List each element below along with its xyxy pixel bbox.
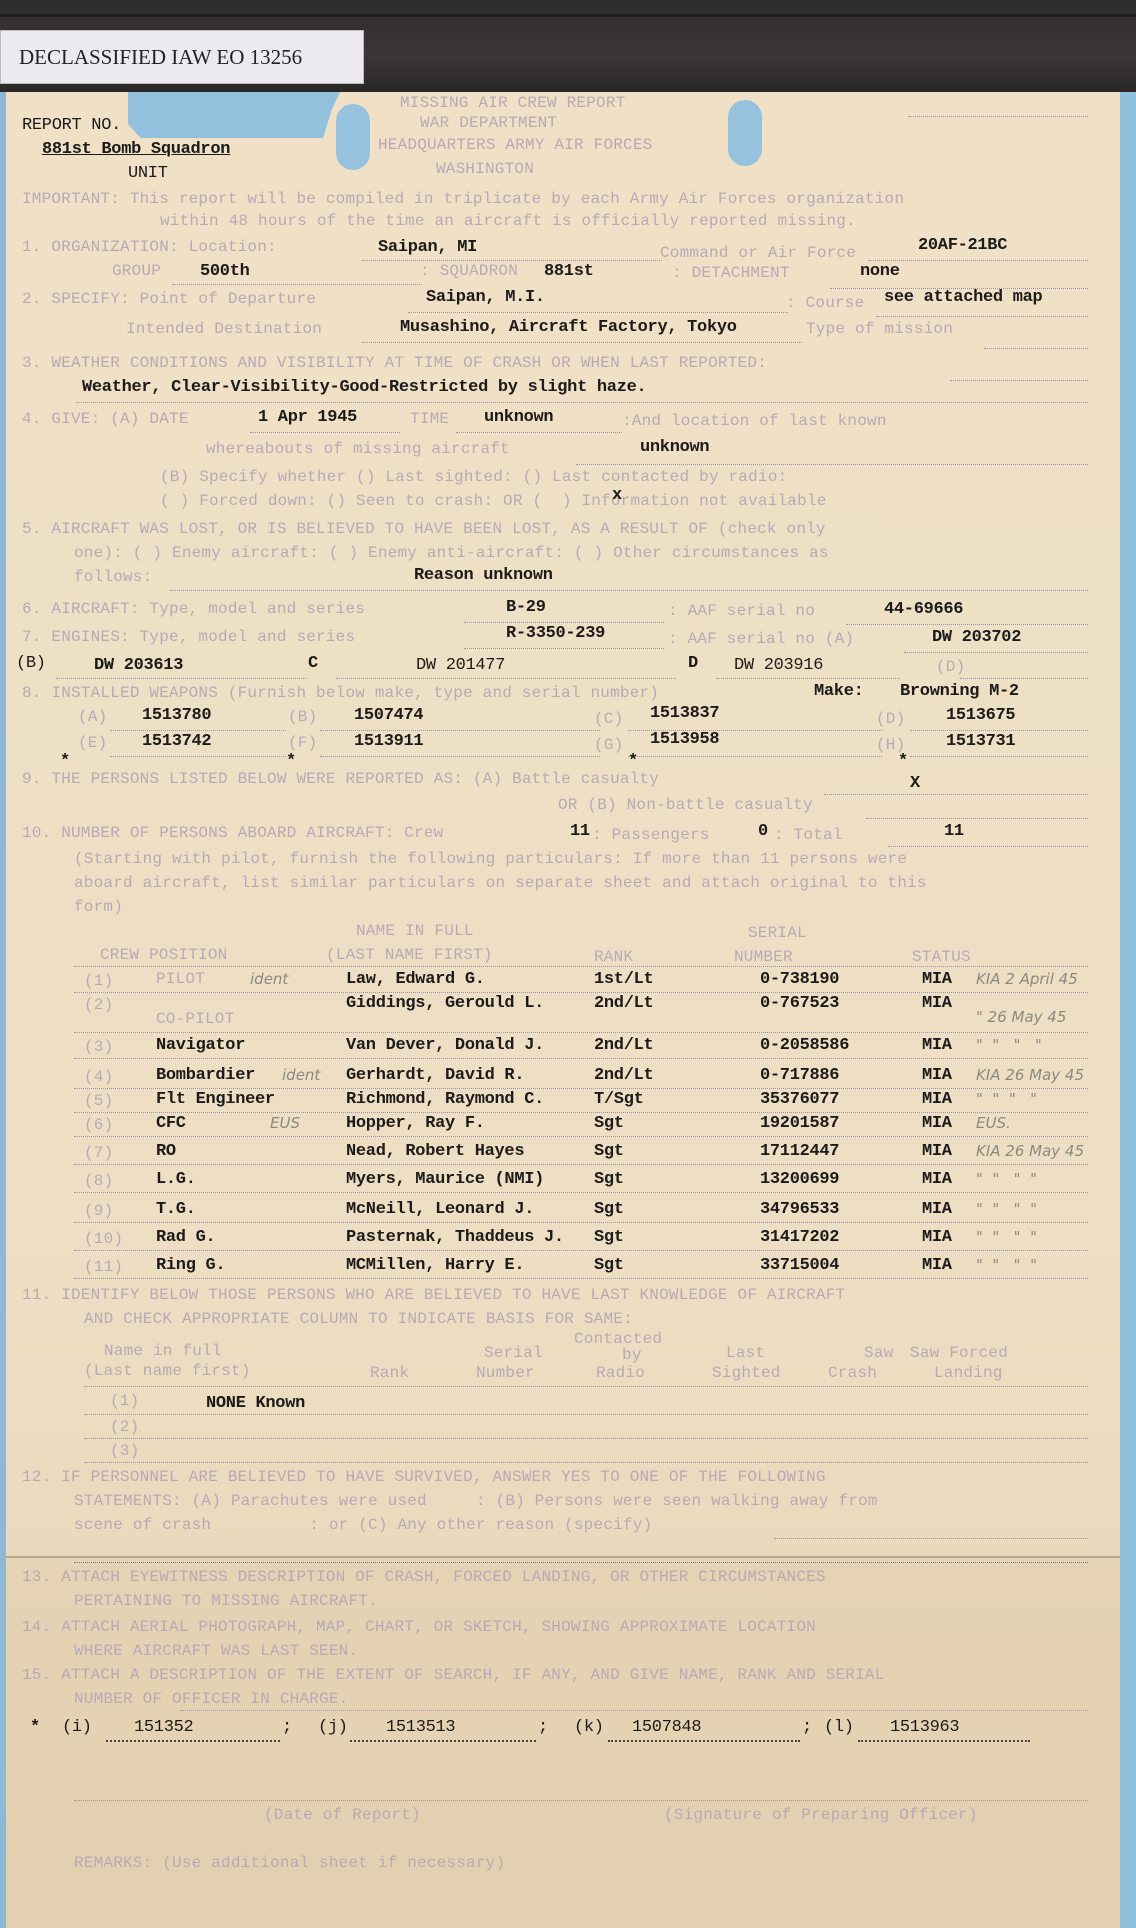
crew-name: MCMillen, Harry E. [346, 1256, 524, 1275]
crew-status: MIA [922, 1170, 952, 1189]
survived-line-2: STATEMENTS: (A) Parachutes were used : (… [74, 1492, 878, 1510]
asterisk-mark: * [286, 752, 296, 771]
crew-status: MIA [922, 970, 952, 989]
k-header-saw: Saw [864, 1344, 893, 1362]
extra-weapon-serial-l: 1513963 [890, 1718, 959, 1737]
rule [908, 116, 1088, 117]
form-title: MISSING AIR CREW REPORT [400, 94, 625, 112]
weather-line-1 [950, 380, 1088, 381]
handwritten-note: ident [282, 1066, 320, 1084]
departure-label: 2. SPECIFY: Point of Departure [22, 290, 316, 308]
row-rule [74, 1192, 1088, 1193]
asterisk-mark: * [628, 752, 638, 771]
weapon-line [628, 756, 882, 757]
handwritten-annotation: " " " " [976, 1228, 1037, 1246]
info-not-available-mark: x [612, 486, 622, 505]
location-line [362, 260, 662, 261]
asterisk-mark: * [898, 752, 908, 771]
remarks-label: REMARKS: (Use additional sheet if necess… [74, 1854, 505, 1872]
weapon-serial-b: 1507474 [354, 706, 423, 725]
k-row-number: (1) [110, 1392, 139, 1410]
aircraft-serial-label: : AAF serial no [668, 602, 815, 620]
signature-line [74, 1800, 1088, 1801]
lost-reason-value: Reason unknown [414, 566, 553, 585]
row-rule [74, 1278, 1088, 1279]
crew-name: Pasternak, Thaddeus J. [346, 1228, 564, 1247]
handwritten-annotation: " " " " [976, 1170, 1037, 1188]
handwritten-annotation: KIA 26 May 45 [976, 1142, 1084, 1160]
section-rule [74, 1562, 1088, 1563]
attach-13a: 13. ATTACH EYEWITNESS DESCRIPTION OF CRA… [22, 1568, 826, 1586]
engine-b-label: (B) [16, 654, 46, 673]
handwritten-annotation: " " " " [976, 1256, 1037, 1274]
weapon-line [110, 756, 286, 757]
survived-line-3: scene of crash : or (C) Any other reason… [74, 1516, 652, 1534]
crew-position: Bombardier [156, 1066, 255, 1085]
course-label: : Course [786, 294, 864, 312]
weapon-line [910, 756, 1088, 757]
washington: WASHINGTON [436, 160, 534, 178]
destination-value: Musashino, Aircraft Factory, Tokyo [400, 318, 737, 337]
weapon-serial-h: 1513731 [946, 732, 1015, 751]
signature-label: (Signature of Preparing Officer) [664, 1806, 978, 1824]
crew-serial: 35376077 [760, 1090, 839, 1109]
crew-rank: Sgt [594, 1256, 624, 1275]
k-rule [84, 1386, 1088, 1387]
row-rule [74, 1250, 1088, 1251]
torn-paper-patch [128, 92, 340, 138]
crew-status: MIA [922, 994, 952, 1013]
engine-serial-d: DW 203916 [734, 656, 823, 675]
extra-weapon-serial-k: 1507848 [632, 1718, 701, 1737]
row-number: (11) [84, 1258, 123, 1276]
extra-weapon-line [858, 1740, 1030, 1742]
weapon-f-label: (F) [288, 734, 317, 752]
crew-serial: 33715004 [760, 1256, 839, 1275]
handwritten-annotation: " " " " [976, 1090, 1037, 1108]
crew-position: PILOT [156, 970, 205, 988]
destination-line [362, 342, 802, 343]
attach-15b: NUMBER OF OFFICER IN CHARGE. [74, 1690, 348, 1708]
crew-name: Nead, Robert Hayes [346, 1142, 524, 1161]
engines-type-line [464, 648, 664, 649]
crew-position: L.G. [156, 1170, 196, 1189]
crew-status: MIA [922, 1228, 952, 1247]
k-header-landing: Landing [934, 1364, 1003, 1382]
aboard-note-3: form) [74, 898, 123, 916]
weapon-serial-c: 1513837 [650, 704, 719, 723]
header-name-top: NAME IN FULL [356, 922, 474, 940]
course-value: see attached map [884, 288, 1042, 307]
important-note-2: within 48 hours of the time an aircraft … [160, 212, 856, 230]
weapon-c-label: (C) [594, 710, 623, 728]
total-label: : Total [774, 826, 843, 844]
handwritten-annotation: KIA 26 May 45 [976, 1066, 1084, 1084]
row-rule [74, 1032, 1088, 1033]
engine-d-line [716, 678, 900, 679]
passengers-count: 0 [758, 822, 768, 841]
k-header-contacted: Contacted [574, 1330, 662, 1348]
extra-weapon-l-label: (l) [824, 1718, 854, 1737]
crew-status: MIA [922, 1256, 952, 1275]
row-rule [74, 1164, 1088, 1165]
row-rule [74, 1136, 1088, 1137]
k-header-serial-2: Number [476, 1364, 535, 1382]
handwritten-annotation: EUS. [976, 1114, 1011, 1132]
aircraft-serial-line [846, 624, 1088, 625]
crew-name: McNeill, Leonard J. [346, 1200, 534, 1219]
crew-serial: 0-738190 [760, 970, 839, 989]
engine-serial-b: DW 203613 [94, 656, 183, 675]
k-rule [84, 1438, 1088, 1439]
weapon-b-label: (B) [288, 708, 317, 726]
row-rule [74, 1058, 1088, 1059]
hq-aaf: HEADQUARTERS ARMY AIR FORCES [378, 136, 652, 154]
mission-label: Type of mission [806, 320, 953, 338]
crew-position: RO [156, 1142, 176, 1161]
crew-status: MIA [922, 1090, 952, 1109]
time-line [456, 432, 622, 433]
crew-name: Myers, Maurice (NMI) [346, 1170, 544, 1189]
engine-serial-c: DW 201477 [416, 656, 505, 675]
total-count: 11 [944, 822, 964, 841]
k-header-rank: Rank [370, 1364, 409, 1382]
punch-hole-right [728, 100, 762, 166]
unit-label: UNIT [128, 164, 168, 183]
crew-name: Giddings, Gerould L. [346, 994, 544, 1013]
crew-serial: 0-2058586 [760, 1036, 849, 1055]
crew-status: MIA [922, 1114, 952, 1133]
engine-d2-label: (D) [936, 658, 965, 676]
header-position: CREW POSITION [100, 946, 227, 964]
header-name: (LAST NAME FIRST) [326, 946, 493, 964]
extra-weapon-serial-j: 1513513 [386, 1718, 455, 1737]
crew-position: Flt Engineer [156, 1090, 275, 1109]
row-number: (5) [84, 1092, 113, 1110]
survived-line-1: 12. IF PERSONNEL ARE BELIEVED TO HAVE SU… [22, 1468, 826, 1486]
k-header-crash: Crash [828, 1364, 877, 1382]
whereabouts-label: whereabouts of missing aircraft [206, 440, 510, 458]
engine-d2-line [960, 678, 1088, 679]
lost-reason-line-3: follows: [74, 568, 152, 586]
knowledge-line-1: 11. IDENTIFY BELOW THOSE PERSONS WHO ARE… [22, 1286, 845, 1304]
header-number: NUMBER [734, 948, 793, 966]
row-rule [74, 992, 1088, 993]
date-of-report-label: (Date of Report) [264, 1806, 421, 1824]
weather-value: Weather, Clear-Visibility-Good-Restricte… [82, 378, 646, 397]
crew-count: 11 [570, 822, 590, 841]
aboard-note-2: aboard aircraft, list similar particular… [74, 874, 927, 892]
engines-serial-label: : AAF serial no (A) [668, 630, 854, 648]
weapons-make: Browning M-2 [900, 682, 1019, 701]
squadron-label: : SQUADRON [420, 262, 518, 280]
crew-serial: 13200699 [760, 1170, 839, 1189]
row-number: (7) [84, 1144, 113, 1162]
attach-15a: 15. ATTACH A DESCRIPTION OF THE EXTENT O… [22, 1666, 885, 1684]
lost-reason-line-2: one): ( ) Enemy aircraft: ( ) Enemy anti… [74, 544, 829, 562]
crew-serial: 0-717886 [760, 1066, 839, 1085]
time-label: TIME [410, 410, 449, 428]
header-rank: RANK [594, 948, 633, 966]
crew-position: CO-PILOT [156, 1010, 234, 1028]
row-rule [74, 1222, 1088, 1223]
row-number: (3) [84, 1038, 113, 1056]
aboard-note-1: (Starting with pilot, furnish the follow… [74, 850, 907, 868]
crew-rank: Sgt [594, 1114, 624, 1133]
crew-status: MIA [922, 1036, 952, 1055]
weapon-g-label: (G) [594, 736, 623, 754]
row-number: (2) [84, 996, 113, 1014]
mission-line [984, 348, 1088, 349]
passengers-label: : Passengers [592, 826, 710, 844]
k-row-number: (3) [110, 1442, 139, 1460]
weapon-line [110, 730, 286, 731]
crew-name: Hopper, Ray F. [346, 1114, 485, 1133]
header-status: STATUS [912, 948, 971, 966]
k-header-sighted: Sighted [712, 1364, 781, 1382]
crew-status: MIA [922, 1142, 952, 1161]
weather-line-2 [76, 402, 1088, 403]
lost-reason-line [170, 590, 1088, 591]
departure-line [408, 312, 788, 313]
row-number: (6) [84, 1116, 113, 1134]
crew-serial: 0-767523 [760, 994, 839, 1013]
war-department: WAR DEPARTMENT [420, 114, 557, 132]
crew-rank: Sgt [594, 1200, 624, 1219]
non-battle-line [866, 818, 1088, 819]
crew-serial: 34796533 [760, 1200, 839, 1219]
header-serial-top: SERIAL [748, 924, 807, 942]
crew-rank: T/Sgt [594, 1090, 644, 1109]
departure-value: Saipan, M.I. [426, 288, 545, 307]
location-value: Saipan, MI [378, 238, 477, 257]
handwritten-note: EUS [270, 1114, 300, 1132]
lost-reason-line-1: 5. AIRCRAFT WAS LOST, OR IS BELIEVED TO … [22, 520, 826, 538]
aircraft-type: B-29 [506, 598, 546, 617]
weapon-line [320, 730, 600, 731]
last-known-label: :And location of last known [622, 412, 887, 430]
battle-casualty-line [824, 794, 1088, 795]
attach-13b: PERTAINING TO MISSING AIRCRAFT. [74, 1592, 378, 1610]
engine-c-line [336, 678, 676, 679]
engine-c-label: C [308, 654, 318, 673]
group-line [172, 284, 422, 285]
bar-seam [0, 14, 1136, 17]
crew-position: CFC [156, 1114, 186, 1133]
crew-rank: 1st/Lt [594, 970, 653, 989]
crew-status: MIA [922, 1066, 952, 1085]
extra-weapon-i-label: (i) [62, 1718, 92, 1737]
organization-label: 1. ORGANIZATION: Location: [22, 238, 277, 256]
weapon-serial-d: 1513675 [946, 706, 1015, 725]
crew-rank: 2nd/Lt [594, 1036, 653, 1055]
engine-d-label: D [688, 654, 698, 673]
squadron-value: 881st [544, 262, 594, 281]
asterisk-mark: * [30, 1718, 40, 1737]
officer-line [180, 1710, 1088, 1711]
k-header-radio: Radio [596, 1364, 645, 1382]
k-header-forced: Saw Forced [910, 1344, 1008, 1362]
date-line [250, 432, 400, 433]
handwritten-note: ident [250, 970, 288, 988]
weapon-a-label: (A) [78, 708, 107, 726]
handwritten-annotation: " " " " [976, 1200, 1037, 1218]
extra-weapon-serial-i: 151352 [134, 1718, 193, 1737]
attach-14b: WHERE AIRCRAFT WAS LAST SEEN. [74, 1642, 358, 1660]
crew-serial: 19201587 [760, 1114, 839, 1133]
group-value: 500th [200, 262, 250, 281]
row-number: (8) [84, 1172, 113, 1190]
row-number: (1) [84, 972, 113, 990]
extra-weapon-line [350, 1740, 536, 1742]
persons-reported-label: 9. THE PERSONS LISTED BELOW WERE REPORTE… [22, 770, 659, 788]
background-edge [1120, 92, 1136, 1928]
handwritten-annotation: KIA 2 April 45 [976, 970, 1078, 988]
row-number: (9) [84, 1202, 113, 1220]
command-line [868, 260, 1088, 261]
k-header-name-2: (Last name first) [84, 1362, 251, 1380]
crew-name: Richmond, Raymond C. [346, 1090, 544, 1109]
row-rule [74, 1112, 1088, 1113]
command-value: 20AF-21BC [918, 236, 1007, 255]
extra-weapon-line [106, 1740, 280, 1742]
crew-position: Navigator [156, 1036, 245, 1055]
row-number: (4) [84, 1068, 113, 1086]
engine-serial-a: DW 203702 [932, 628, 1021, 647]
aircraft-label: 6. AIRCRAFT: Type, model and series [22, 600, 365, 618]
k-header-by: by [622, 1346, 642, 1364]
command-label: Command or Air Force [660, 244, 856, 262]
important-note-1: IMPORTANT: This report will be compiled … [22, 190, 904, 208]
specify-whether-line-2: ( ) Forced down: () Seen to crash: OR ( … [160, 492, 827, 510]
crew-name: Law, Edward G. [346, 970, 485, 989]
crew-serial: 17112447 [760, 1142, 839, 1161]
total-line [888, 846, 1088, 847]
weapons-make-label: Make: [814, 682, 864, 701]
engines-type: R-3350-239 [506, 624, 605, 643]
engines-label: 7. ENGINES: Type, model and series [22, 628, 355, 646]
weapon-line [910, 730, 1088, 731]
detachment-label: : DETACHMENT [672, 264, 790, 282]
report-no-label: REPORT NO. [22, 116, 121, 135]
table-rule [74, 966, 1088, 967]
crew-serial: 31417202 [760, 1228, 839, 1247]
crew-rank: 2nd/Lt [594, 1066, 653, 1085]
unit-value: 881st Bomb Squadron [42, 140, 230, 159]
crew-position: T.G. [156, 1200, 196, 1219]
k-header-name: Name in full [104, 1342, 222, 1360]
k-header-serial: Serial [484, 1344, 543, 1362]
date-label: 4. GIVE: (A) DATE [22, 410, 189, 428]
weapon-d-label: (D) [876, 710, 905, 728]
aboard-label: 10. NUMBER OF PERSONS ABOARD AIRCRAFT: C… [22, 824, 443, 842]
weapon-serial-g: 1513958 [650, 730, 719, 749]
weapon-serial-a: 1513780 [142, 706, 211, 725]
weapon-serial-e: 1513742 [142, 732, 211, 751]
other-reason-line [774, 1538, 1088, 1539]
k-row-number: (2) [110, 1418, 139, 1436]
engine-a-line [904, 652, 1088, 653]
extra-weapon-line [608, 1740, 800, 1742]
weapon-line [320, 756, 600, 757]
aircraft-serial: 44-69666 [884, 600, 963, 619]
extra-weapon-j-label: (j) [318, 1718, 348, 1737]
battle-casualty-mark: X [910, 774, 920, 793]
crew-rank: Sgt [594, 1228, 624, 1247]
handwritten-annotation: " 26 May 45 [976, 1008, 1066, 1026]
weapon-serial-f: 1513911 [354, 732, 423, 751]
crew-rank: Sgt [594, 1142, 624, 1161]
crew-rank: Sgt [594, 1170, 624, 1189]
date-value: 1 Apr 1945 [258, 408, 357, 427]
k-row-name: NONE Known [206, 1394, 305, 1413]
k-header-last: Last [726, 1344, 765, 1362]
aircraft-type-line [464, 622, 664, 623]
whereabouts-value: unknown [640, 438, 709, 457]
time-value: unknown [484, 408, 553, 427]
detachment-value: none [860, 262, 900, 281]
crew-name: Gerhardt, David R. [346, 1066, 524, 1085]
engine-b-line [56, 678, 306, 679]
weapons-label: 8. INSTALLED WEAPONS (Furnish below make… [22, 684, 659, 702]
handwritten-annotation: " " " " [976, 1036, 1042, 1054]
weapon-e-label: (E) [78, 734, 107, 752]
declassified-stamp: DECLASSIFIED IAW EO 13256 [0, 30, 364, 84]
crew-name: Van Dever, Donald J. [346, 1036, 544, 1055]
knowledge-line-2: AND CHECK APPROPRIATE COLUMN TO INDICATE… [84, 1310, 633, 1328]
crew-status: MIA [922, 1200, 952, 1219]
crew-position: Rad G. [156, 1228, 215, 1247]
crew-rank: 2nd/Lt [594, 994, 653, 1013]
paper-lower-section [6, 1558, 1120, 1928]
weather-label: 3. WEATHER CONDITIONS AND VISIBILITY AT … [22, 354, 767, 372]
whereabouts-line [576, 464, 1088, 465]
row-rule [74, 1088, 1088, 1089]
crew-position: Ring G. [156, 1256, 225, 1275]
non-battle-label: OR (B) Non-battle casualty [558, 796, 813, 814]
k-rule [84, 1462, 1088, 1463]
attach-14a: 14. ATTACH AERIAL PHOTOGRAPH, MAP, CHART… [22, 1618, 816, 1636]
group-label: GROUP [112, 262, 161, 280]
k-rule [84, 1414, 1088, 1415]
row-number: (10) [84, 1230, 123, 1248]
punch-hole-left [336, 104, 370, 170]
course-line [876, 316, 1088, 317]
destination-label: Intended Destination [126, 320, 322, 338]
extra-weapon-k-label: (k) [574, 1718, 604, 1737]
asterisk-mark: * [60, 752, 70, 771]
specify-whether-line-1: (B) Specify whether () Last sighted: () … [160, 468, 787, 486]
